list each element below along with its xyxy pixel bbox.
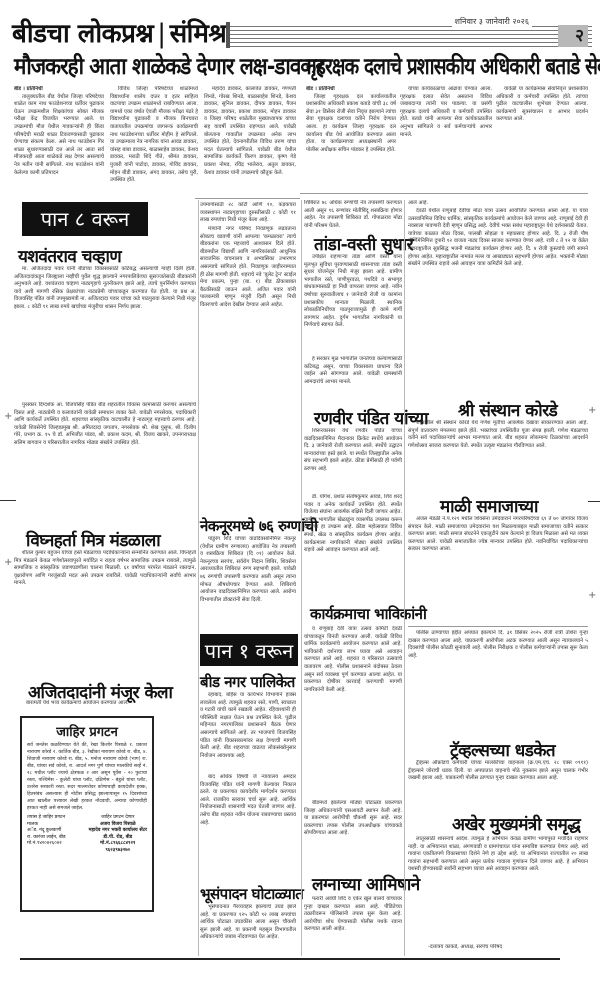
ad-line: मो.नं.८९६६८८४९२१ [89,841,147,848]
paragraph: व राणूबाई देवी यात्रा उत्सव कमिटी देवठी … [304,626,402,694]
divider [300,193,588,194]
story-left-col3: महादेव डावकर, कालावंत डावकर, गणपती शिनडे… [204,86,296,198]
ad-footer: तपास हे जाहिर प्रगटन मालक अॅड. नंदू कुलक… [27,815,147,855]
article-body: उपमार्गासाठी २८ कोटी आणि १०, कड़कचरा व्य… [200,202,296,224]
article-body: अंजल मंडळी ने.प.१२१ मधील शिवसेना उमेदवार… [408,516,588,624]
public-notice-ad: जाहिर प्रगटन सर्व जनतेस कळविण्यात येते क… [20,716,154,912]
ad-line: जाहिर प्रगटन देणार [89,815,147,822]
paragraph: हे सरकार मूळ भागातील जनतेच्या कल्याणासाठ… [304,356,402,386]
divider [195,198,300,199]
article-body: भूसंपादनात गैरव्यवहार झाल्याचे उघड झाले … [200,904,296,954]
article-body: हे सरकार मूळ भागातील जनतेच्या कल्याणासाठ… [304,356,402,406]
headline-left: मौजकरही आता शाळेकडे देणार लक्ष-डावकर [14,52,323,84]
newspaper-page: बीडचा लोकप्रश्न|संमिश्र शनिवार ३ जानेवार… [0,0,600,1000]
paragraph: बारामती येथे भव्य कार्यक्रमाचे आयोजन करण… [18,700,188,708]
paragraph: रहाबाद, बहिस या कार्यभार विभागाने हाक्स … [200,692,296,760]
article-body: लातूरसाठी शासनाचे आदेश. त्यामुळे हे अभिय… [408,836,588,948]
story-text: जिल्हा गृहरक्षक दल कार्यालयातील प्रशासकी… [306,94,396,155]
continued-banner: पान ८ वरून [22,202,148,236]
article-body: पांडुरंग शिंदे यांच्या वाढदिवसानिमित्त न… [200,536,296,624]
headline-right: गृहरक्षक दलाचे प्रशासकीय अधिकारी बताडे स… [306,52,600,84]
ad-line: ९६२३९७३२७० [89,848,147,855]
paragraph: उपेक्षित राहणाऱ्या तांडा आणि वस्ती यांना… [304,254,402,330]
ad-body: सर्व जनतेस कळविण्यात येते की, रेखा किशोर… [27,742,147,812]
brand-name: बीडचा लोकप्रश्न [12,19,153,49]
column-divider [404,200,405,956]
paragraph: शीतल कुमार बहुजन यांच्या हस्ते मंडळाच्या… [14,550,196,588]
section-heading: ट्रॅव्हल्सच्या धडकेत [450,738,555,761]
article-body: शहरातील श्री संस्थान कोरडे येथे गणेश मूर… [408,420,588,494]
paragraph: -दत्तात्रय काकडे, अध्यक्ष, सरपंच परिषद [420,944,590,952]
registration-mark-icon: + [4,557,12,568]
story-text: यांच्या कार्यकाळाचा आढावा घेण्यात आला. ग… [400,86,492,139]
section-heading: यशवंतराव चव्हाण [18,244,121,267]
column-divider [301,200,302,956]
divider [408,626,588,627]
registration-mark-icon [0,500,16,501]
section-heading: अखेर मुख्यमंत्री समृद्ध [452,812,580,835]
section-heading: नेकनूरमध्ये ७६ रुग्णांची [200,516,318,536]
column-divider [198,200,199,956]
paragraph: पांडुरंग शिंदे यांच्या वाढदिवसानिमित्त न… [200,536,296,604]
article-body: देवठी येथील राणूबाई देवीचा मोठा यात्रा उ… [408,208,588,398]
story-right-col2: यांच्या कार्यकाळाचा आढावा घेण्यात आला. ग… [400,86,492,190]
section-heading: तांडा-वस्ती सुधार [314,232,413,255]
registration-mark-icon [588,501,600,502]
article-body: बारामती येथे भव्य कार्यक्रमाचे आयोजन करण… [18,700,188,710]
story-left-col2: विविध जिल्हा परिषदेच्या शाळांमध्ये विद्य… [110,86,198,198]
signature: -दत्तात्रय काकडे, अध्यक्ष, सरपंच परिषद [420,944,590,953]
story-left-col1: बीड । प्रतिनिधी तालुक्यातील बीड येथील जि… [14,86,104,198]
article-body: आले आहे. [408,200,588,208]
paragraph: मंत्र्यांनी नगर परिषद निवडणूक लढवताना सो… [200,226,296,310]
masthead: बीडचा लोकप्रश्न|संमिश्र शनिवार ३ जानेवार… [12,18,588,50]
dateline: बीड । प्रतिनिधी [306,86,396,94]
section-heading: बीड नगर पालिकेत [200,672,295,692]
article-body: व राणूबाई देवी यात्रा उत्सव कमिटी देवठी … [304,626,402,798]
story-text: यावेळी या कार्यक्रमास सेवानिवृत्त प्रशास… [496,86,588,124]
registration-mark-icon: + [588,405,596,416]
section-heading: माळी समाजाच्या [440,494,538,517]
paragraph: शिरूरकासार येथे रणवीर पंडित यांच्या वाढद… [304,428,402,474]
article-body: मा. अजितदादा पवार यांनी बीडच्या विकासासा… [14,266,196,400]
paragraph: भूसंपादनात गैरव्यवहार झाल्याचे उघड झाले … [200,904,296,942]
section-heading: श्री संस्थान कोरडे [458,398,557,421]
paragraph: बाद अधिक विषयी जे न्यायालय अमदार विजयसिं… [200,774,296,827]
paragraph: उपमार्गासाठी २८ कोटी आणि १०, कड़कचरा व्य… [200,202,296,224]
article-body: डॉ. योगेश, प्रशांत संतोषकुमार आवड, शिव श… [304,494,402,604]
story-text: विविध जिल्हा परिषदेच्या शाळांमध्ये विद्य… [110,86,198,185]
paragraph: पोलीस ठाण्याच्या हद्दीत अपघात झाल्याने द… [408,630,588,660]
paragraph: अंजल मंडळी ने.प.१२१ मधील शिवसेना उमेदवार… [408,516,588,554]
story-text: तालुक्यातील बीड येथील जिल्हा परिषदेच्या … [14,94,104,178]
ad-footer-left: तपास हे जाहिर प्रगटन मालक अॅड. नंदू कुलक… [27,815,66,855]
paragraph: आले आहे. [408,200,588,208]
registration-mark-icon: + [4,411,12,422]
ad-title: जाहिर प्रगटन [27,722,147,740]
page-bottom-rule [20,958,560,960]
article-body: बीडमध्ये झालेल्या मोठ्या घोटाळ्या प्रकरण… [304,800,402,870]
paragraph: ट्रॅव्हल्स ऑफ्रोडचे कर्मचारी यांच्या माल… [408,760,588,783]
paragraph: शिबिरात ७८ अधिक रुग्णांची नेत्र तपासणी क… [304,200,402,230]
article-body: बाद अधिक विषयी जे न्यायालय अमदार विजयसिं… [200,774,296,884]
article-body: शीतल कुमार बहुजन यांच्या हस्ते मंडळाच्या… [14,550,196,646]
ad-footer-right: जाहिर प्रगटन देणार अजय विजय पिसाळे महादे… [89,815,147,855]
paragraph: फरारी अवघी शिंदे व एकेर खुल बालवे यांच्य… [304,896,402,934]
registration-mark-icon: + [588,590,596,601]
dateline: बीड । प्रतिनिधी [14,86,104,94]
story-text: महादेव डावकर, कालावंत डावकर, गणपती शिनडे… [204,86,296,177]
masthead-title: बीडचा लोकप्रश्न|संमिश्र [12,18,226,50]
ad-line: अॅड. नंदू कुलकर्णी [27,828,66,835]
paragraph: डॉ. योगेश, प्रशांत संतोषकुमार आवड, शिव श… [304,494,402,555]
story-right-col3: यावेळी या कार्यक्रमास सेवानिवृत्त प्रशास… [496,86,588,190]
paragraph: देवठी येथील राणूबाई देवीचा मोठा यात्रा उ… [408,208,588,269]
ad-line: महादेव नगर भक्ती कार्यालय सेंटर [89,828,147,835]
masthead-rules [226,22,592,48]
article-body: शिबिरात ७८ अधिक रुग्णांची नेत्र तपासणी क… [304,200,402,230]
section-name: संमिश्र [170,19,227,49]
paragraph: शहरातील श्री संस्थान कोरडे येथे गणेश मूर… [408,420,588,450]
article-body: पुरस्कार दिग्दर्शक आ. विजयसिंह पंडित बीड… [14,402,196,532]
article-body: फरारी अवघी शिंदे व एकेर खुल बालवे यांच्य… [304,896,402,954]
section-heading: विघ्नहर्ता मित्र मंडळाला [26,528,160,551]
page-number: २ [558,25,588,47]
continued-banner: पान १ वरून [200,634,298,666]
ad-line: तपास हे जाहिर प्रगटन [27,815,66,822]
article-body: शिरूरकासार येथे रणवीर पंडित यांच्या वाढद… [304,428,402,494]
article-body: मंत्र्यांनी नगर परिषद निवडणूक लढवताना सो… [200,226,296,514]
story-right-col1: बीड । प्रतिनिधी जिल्हा गृहरक्षक दल कार्य… [306,86,396,190]
paragraph: बीडमध्ये झालेल्या मोठ्या घोटाळ्या प्रकरण… [304,800,402,838]
article-body: रहाबाद, बहिस या कार्यभार विभागाने हाक्स … [200,692,296,772]
paragraph: लातूरसाठी शासनाचे आदेश. त्यामुळे हे अभिय… [408,836,588,874]
section-heading: भूसंपादन घोटाळ्यात [200,884,303,904]
paragraph: मा. अजितदादा पवार यांनी बीडच्या विकासासा… [14,266,196,312]
paragraph: पुरस्कार दिग्दर्शक आ. विजयसिंह पंडित बीड… [14,402,196,448]
issue-date: शनिवार ३ जानेवारी २०२६ [452,16,532,27]
article-body: पोलीस ठाण्याच्या हद्दीत अपघात झाल्याने द… [408,630,588,736]
brand-separator: | [157,19,165,49]
article-body: उपेक्षित राहणाऱ्या तांडा आणि वस्ती यांना… [304,254,402,354]
ad-line: मो.नं.९४२०४२६०४२ [27,841,66,848]
